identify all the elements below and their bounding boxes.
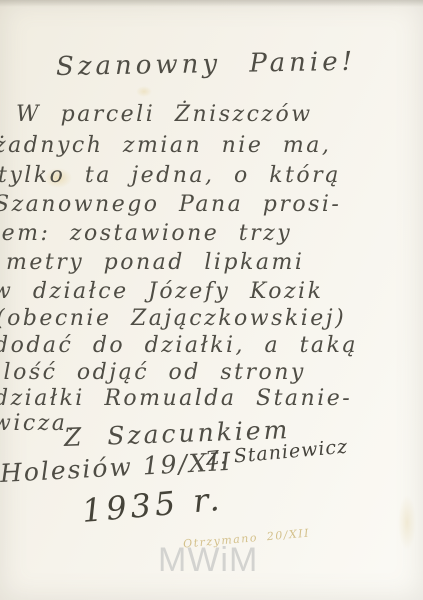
watermark-text: MWiM: [158, 541, 258, 580]
body-line: ilość odjąć od strony: [0, 360, 306, 385]
body-line: dodać do działki, a taką: [0, 333, 358, 358]
body-line: żadnych zmian nie ma,: [0, 133, 331, 158]
body-line: w działce Józefy Kozik: [0, 279, 323, 304]
body-line: W parceli Żniszczów: [16, 102, 313, 127]
scanned-letter-page: Szanowny Panie! W parceli Żniszczów żadn…: [0, 0, 423, 600]
body-line: (obecnie Zajączkowskiej): [0, 306, 346, 331]
body-line: Szanownego Pana prosi-: [0, 192, 341, 217]
salutation-line: Szanowny Panie!: [56, 47, 357, 82]
body-line: łem: zostawione trzy: [0, 221, 292, 246]
body-line: działki Romualda Stanie-: [0, 386, 352, 411]
paper-stain: [398, 495, 416, 550]
body-line: tylko ta jedna, o którą: [0, 163, 341, 188]
paper-stain: [136, 86, 152, 97]
year-line: 1935 r.: [80, 480, 224, 530]
body-line: metry ponad lipkami: [6, 250, 304, 275]
